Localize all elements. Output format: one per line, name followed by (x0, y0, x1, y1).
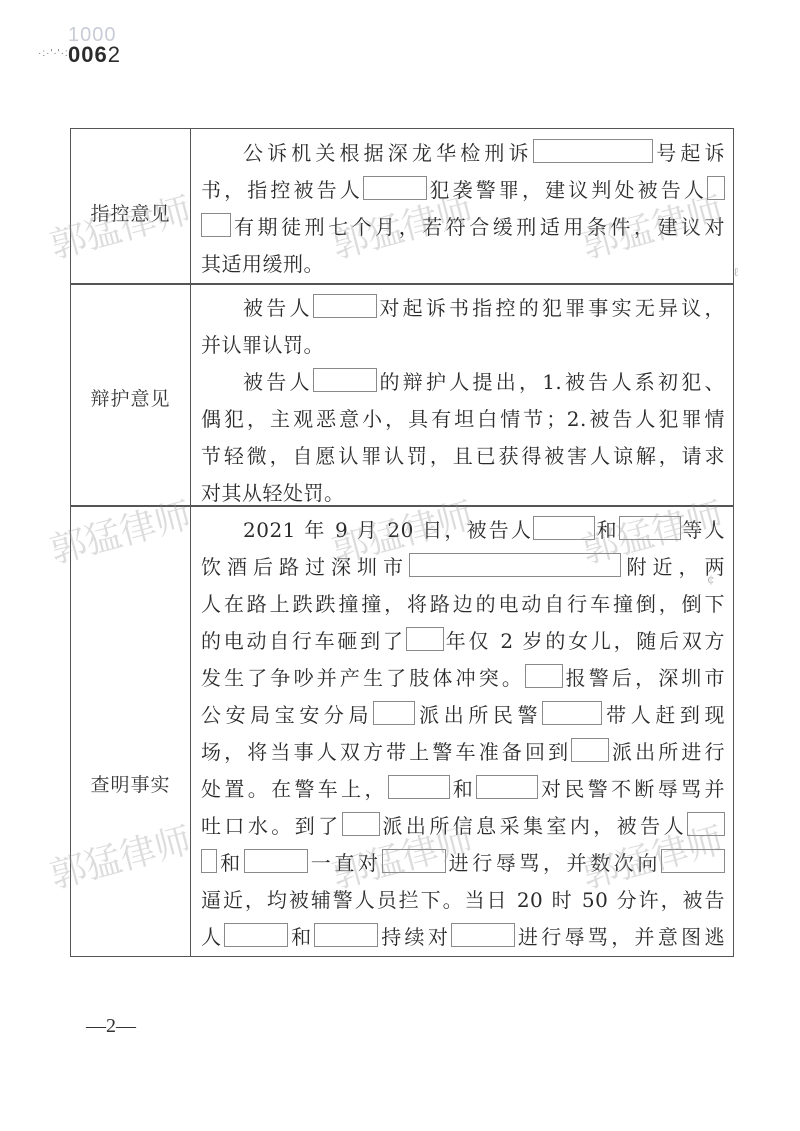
text-line: 人在路上跌跌撞撞，将路边的电动自行车撞倒，倒下 (201, 586, 725, 623)
redaction-box (687, 812, 725, 836)
text-segment: 场，将当事人双方带上警车准备回到 (201, 740, 571, 764)
redaction-box (201, 213, 231, 237)
text-segment: 逼近，均被辅警人员拦下。当日 20 时 50 分许，被告 (201, 888, 725, 912)
redaction-box (707, 176, 725, 200)
text-line: 被告人的辩护人提出，1.被告人系初犯、 (243, 364, 725, 401)
text-segment: 节轻微，自愿认罪认罚，且已获得被害人谅解，请求 (201, 444, 725, 468)
text-segment: 吐口水。到了 (201, 814, 342, 838)
text-segment: 对民警不断辱骂并 (538, 777, 725, 801)
row-label-defense-opinion: 辩护意见 (71, 384, 190, 411)
redaction-box (201, 849, 217, 873)
text-segment: 并认罪认罚。 (201, 333, 324, 357)
redaction-box (406, 627, 444, 651)
text-line: 和一直对进行辱骂，并数次向 (201, 845, 725, 882)
row-divider (71, 283, 733, 285)
stamp-dots: ·:·'·'·: (38, 48, 69, 59)
text-segment: 其适用缓刑。 (201, 252, 324, 276)
text-segment: 饮酒后路过深圳市 (201, 555, 409, 579)
redaction-box (571, 738, 609, 762)
text-segment: 号起诉 (653, 141, 725, 165)
text-line: 吐口水。到了派出所信息采集室内，被告人 (201, 808, 725, 845)
text-segment: 被告人 (243, 296, 313, 320)
text-line: 人和持续对进行辱骂，并意图逃 (201, 919, 725, 956)
text-segment: 派出所民警 (415, 703, 542, 727)
text-segment: 公诉机关根据深龙华检刑诉 (243, 141, 533, 165)
redaction-box (313, 294, 377, 318)
row-label-prosecution-opinion: 指控意见 (71, 199, 190, 226)
redaction-box (244, 849, 308, 873)
text-line: 对其从轻处罚。 (201, 475, 725, 512)
judgment-table: 指控意见 辩护意见 查明事实 公诉机关根据深龙华检刑诉号起诉书，指控被告人犯袭警… (70, 128, 734, 957)
text-line: 有期徒刑七个月，若符合缓刑适用条件，建议对 (201, 209, 725, 246)
scan-speck: ¢ (707, 572, 715, 586)
text-segment: 对其从轻处罚。 (201, 481, 345, 505)
text-segment: 的电动自行车砸到了 (201, 629, 406, 653)
text-segment: 进行辱骂，并意图逃 (515, 925, 725, 949)
redaction-box (661, 849, 725, 873)
redaction-box (388, 775, 450, 799)
redaction-box (533, 139, 653, 163)
text-segment: 发生了争吵并产生了肢体冲突。 (201, 666, 525, 690)
text-segment: 的辩护人提出，1.被告人系初犯、 (377, 370, 725, 394)
text-segment: 对起诉书指控的犯罪事实无异议， (377, 296, 725, 320)
stamp-number: 0062 (68, 42, 121, 68)
text-segment: 书，指控被告人 (201, 178, 363, 202)
redaction-box (409, 553, 621, 577)
text-segment: 和 (217, 851, 244, 875)
redaction-box (525, 664, 563, 688)
redaction-box (382, 849, 446, 873)
redaction-box (224, 923, 288, 947)
redaction-box (342, 812, 380, 836)
text-segment: 被告人 (243, 370, 313, 394)
text-line: 饮酒后路过深圳市附近，两 (201, 549, 725, 586)
redaction-box (451, 923, 515, 947)
text-segment: 犯袭警罪，建议判处被告人 (427, 178, 707, 202)
text-segment: 有期徒刑七个月，若符合缓刑适用条件，建议对 (231, 215, 725, 239)
text-line: 处置。在警车上，和对民警不断辱骂并 (201, 771, 725, 808)
redaction-box (619, 516, 681, 540)
text-segment: 等人 (681, 518, 725, 542)
text-line: 其适用缓刑。 (201, 246, 725, 283)
text-segment: 年仅 2 岁的女儿，随后双方 (444, 629, 725, 653)
text-segment: 和 (595, 518, 619, 542)
text-line: 发生了争吵并产生了肢体冲突。报警后，深圳市 (201, 660, 725, 697)
text-line: 逼近，均被辅警人员拦下。当日 20 时 50 分许，被告 (201, 882, 725, 919)
text-segment: 带人赶到现 (602, 703, 725, 727)
text-line: 书，指控被告人犯袭警罪，建议判处被告人 (201, 172, 725, 209)
text-line: 的电动自行车砸到了年仅 2 岁的女儿，随后双方 (201, 623, 725, 660)
text-segment: 派出所信息采集室内，被告人 (380, 814, 687, 838)
text-segment: 偶犯，主观恶意小，具有坦白情节；2.被告人犯罪情 (201, 407, 725, 431)
text-segment: 进行辱骂，并数次向 (446, 851, 661, 875)
text-segment: 报警后，深圳市 (563, 666, 725, 690)
text-segment: 一直对 (308, 851, 382, 875)
text-line: 并认罪认罚。 (201, 327, 725, 364)
page-number: —2— (86, 1015, 136, 1038)
text-line: 场，将当事人双方带上警车准备回到派出所进行 (201, 734, 725, 771)
text-segment: 处置。在警车上， (201, 777, 388, 801)
text-line: 被告人对起诉书指控的犯罪事实无异议， (243, 290, 725, 327)
text-line: 公安局宝安分局派出所民警带人赶到现 (201, 697, 725, 734)
text-segment: 公安局宝安分局 (201, 703, 373, 727)
text-segment: 人在路上跌跌撞撞，将路边的电动自行车撞倒，倒下 (201, 592, 725, 616)
row-label-established-facts: 查明事实 (71, 770, 190, 797)
text-line: 公诉机关根据深龙华检刑诉号起诉 (243, 135, 725, 172)
column-divider (190, 129, 191, 956)
text-segment: 和 (288, 925, 314, 949)
text-line: 2021 年 9 月 20 日，被告人和等人 (243, 512, 725, 549)
text-segment: 派出所进行 (609, 740, 725, 764)
text-line: 节轻微，自愿认罪认罚，且已获得被害人谅解，请求 (201, 438, 725, 475)
redaction-box (363, 176, 427, 200)
redaction-box (542, 701, 602, 725)
redaction-box (476, 775, 538, 799)
redaction-box (373, 701, 415, 725)
scan-speck: ℓ (733, 265, 739, 280)
redaction-box (313, 368, 377, 392)
redaction-box (314, 923, 378, 947)
redaction-box (533, 516, 595, 540)
text-line: 偶犯，主观恶意小，具有坦白情节；2.被告人犯罪情 (201, 401, 725, 438)
text-segment: 和 (450, 777, 476, 801)
text-segment: 持续对 (378, 925, 451, 949)
text-segment: 人 (201, 925, 224, 949)
text-segment: 2021 年 9 月 20 日，被告人 (243, 518, 533, 542)
